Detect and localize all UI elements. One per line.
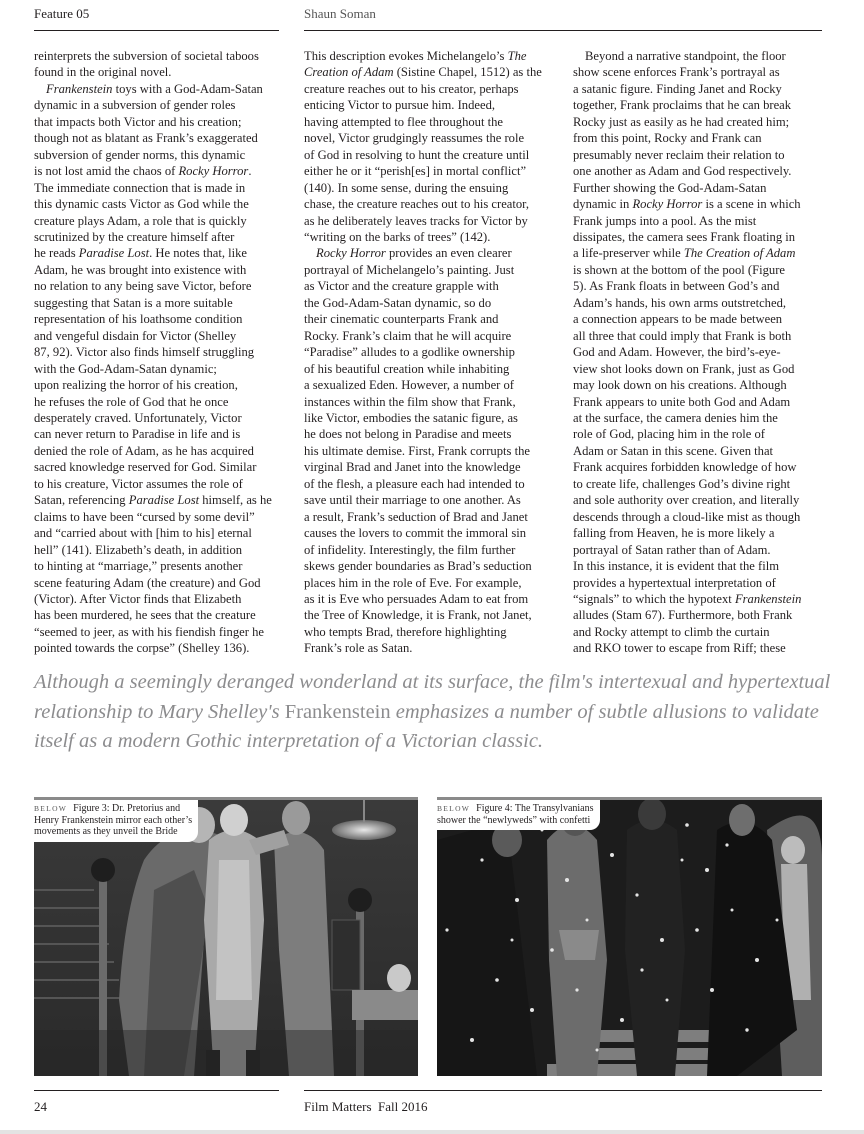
text-line: Frank jumps into a pool. As the mist — [573, 213, 828, 229]
text-line: and sole authority over creation, and li… — [573, 492, 828, 508]
text-line: the Tree of Knowledge, it is Frank, not … — [304, 607, 554, 623]
text-line: Further showing the God-Adam-Satan — [573, 180, 828, 196]
text-line: to hinting at “marriage,” presents anoth… — [34, 558, 284, 574]
section-label: Feature 05 — [34, 6, 89, 22]
text-line: together, Frank proclaims that he can br… — [573, 97, 828, 113]
text-line: view shot looks down on Frank, just as G… — [573, 361, 828, 377]
text-line: of his beautiful creation while inhabiti… — [304, 361, 554, 377]
text-line: a sexualized Eden. However, a number of — [304, 377, 554, 393]
caption-line: shower the “newlyweds” with confetti — [437, 815, 590, 826]
text-line: a satanic figure. Finding Janet and Rock… — [573, 81, 828, 97]
text-line: no relation to any being save Victor, be… — [34, 278, 284, 294]
text-line: either he or it “perish[es] in mortal co… — [304, 163, 554, 179]
text-line: as he deliberately leaves tracks for Vic… — [304, 213, 554, 229]
text-line: all three that could imply that Frank is… — [573, 328, 828, 344]
text-line: “seemed to jeer, as with his fiendish fi… — [34, 624, 284, 640]
text-line: dynamic in Rocky Horror is a scene in wh… — [573, 196, 828, 212]
footer-publication: Film Matters Fall 2016 — [304, 1099, 428, 1115]
text-line: Frank acquires forbidden knowledge of ho… — [573, 459, 828, 475]
text-line: God and Adam. However, the bird’s-eye- — [573, 344, 828, 360]
figure-3-photo: BELOWFigure 3: Dr. Pretorius and Henry F… — [34, 797, 418, 1076]
page-number: 24 — [34, 1099, 47, 1115]
text-column-2: This description evokes Michelangelo’s T… — [304, 48, 554, 657]
text-line: scene featuring Adam (the creature) and … — [34, 575, 284, 591]
text-line: desperately craved. Unfortunately, Victo… — [34, 410, 284, 426]
text-line: a connection appears to be made between — [573, 311, 828, 327]
figure-4-photo: BELOWFigure 4: The Transylvanians shower… — [437, 797, 822, 1076]
text-line: “Paradise” alludes to a godlike ownershi… — [304, 344, 554, 360]
text-line: chase, the creature reaches out to his c… — [304, 196, 554, 212]
text-line: his ultimate demise. First, Frank corrup… — [304, 443, 554, 459]
text-line: creature plays Adam, a role that is quic… — [34, 213, 284, 229]
text-line: denied the role of Adam, as he has acqui… — [34, 443, 284, 459]
text-column-3: Beyond a narrative standpoint, the floor… — [573, 48, 828, 657]
text-line: Rocky just as easily as he had created h… — [573, 114, 828, 130]
text-line: claims to have been “cursed by some devi… — [34, 509, 284, 525]
text-line: Frank appears to unite both God and Adam — [573, 394, 828, 410]
pull-quote: Although a seemingly deranged wonderland… — [34, 668, 834, 757]
text-line: skews gender boundaries as Brad’s seduct… — [304, 558, 554, 574]
issue-date: Fall 2016 — [378, 1099, 427, 1114]
text-line: to create life, challenges God’s divine … — [573, 476, 828, 492]
caption-tag: BELOW — [437, 804, 470, 813]
text-line: Satan, referencing Paradise Lost himself… — [34, 492, 284, 508]
text-line: portrayal of Satan rather than of Adam. — [573, 542, 828, 558]
text-line: like Victor, embodies the satanic figure… — [304, 410, 554, 426]
text-line: portrayal of Michelangelo’s painting. Ju… — [304, 262, 554, 278]
text-line: descends through a cloud-like mist as th… — [573, 509, 828, 525]
text-line: role of God, placing him in the role of — [573, 426, 828, 442]
text-line: though not as blatant as Frank’s exagger… — [34, 130, 284, 146]
text-line: reinterprets the subversion of societal … — [34, 48, 284, 64]
caption-line: Figure 4: The Transylvanians — [476, 803, 593, 814]
text-line: that impacts both Victor and his creatio… — [34, 114, 284, 130]
text-line: Adam, he was brought into existence with — [34, 262, 284, 278]
text-line: who tempts Brad, therefore highlighting — [304, 624, 554, 640]
text-line: subversion of gender norms, this dynamic — [34, 147, 284, 163]
text-line: sacred knowledge reserved for God. Simil… — [34, 459, 284, 475]
text-line: presumably never reclaim their relation … — [573, 147, 828, 163]
text-line: “signals” to which the hypotext Frankens… — [573, 591, 828, 607]
text-line: of infidelity. Interestingly, the film f… — [304, 542, 554, 558]
text-line: creature reaches out to his creator, per… — [304, 81, 554, 97]
text-line: at the surface, the camera denies him th… — [573, 410, 828, 426]
figure-4-caption: BELOWFigure 4: The Transylvanians shower… — [437, 800, 600, 830]
text-line: as it is Eve who persuades Adam to eat f… — [304, 591, 554, 607]
text-line: 5). As Frank floats in between God’s and — [573, 278, 828, 294]
text-line: is shown at the bottom of the pool (Figu… — [573, 262, 828, 278]
text-line: “writing on the barks of trees” (142). — [304, 229, 554, 245]
text-line: their cinematic counterparts Frank and — [304, 311, 554, 327]
text-line: from this point, Rocky and Frank can — [573, 130, 828, 146]
figure-3-caption: BELOWFigure 3: Dr. Pretorius and Henry F… — [34, 800, 198, 842]
text-line: (Victor). After Victor finds that Elizab… — [34, 591, 284, 607]
text-column-1: reinterprets the subversion of societal … — [34, 48, 284, 657]
text-line: provides a hypertextual interpretation o… — [573, 575, 828, 591]
text-line: and RKO tower to escape from Riff; these — [573, 640, 828, 656]
footer-rule-left — [34, 1090, 279, 1091]
text-line: The immediate connection that is made in — [34, 180, 284, 196]
text-line: the God-Adam-Satan dynamic, so do — [304, 295, 554, 311]
text-line: (140). In some sense, during the ensuing — [304, 180, 554, 196]
text-line: places him in the role of Eve. For examp… — [304, 575, 554, 591]
text-line: causes the lovers to commit the immoral … — [304, 525, 554, 541]
text-line: having attempted to flee throughout the — [304, 114, 554, 130]
text-line: save until their marriage to one another… — [304, 492, 554, 508]
text-line: Frank’s role as Satan. — [304, 640, 554, 656]
text-line: Creation of Adam (Sistine Chapel, 1512) … — [304, 64, 554, 80]
text-line: Adam’s hands, his own arms outstretched, — [573, 295, 828, 311]
text-line: In this instance, it is evident that the… — [573, 558, 828, 574]
film-still-confetti-image — [437, 800, 822, 1076]
text-line: and “carried about with [him to his] ete… — [34, 525, 284, 541]
text-line: with the God-Adam-Satan dynamic; — [34, 361, 284, 377]
caption-tag: BELOW — [34, 804, 67, 813]
text-line: Frankenstein toys with a God-Adam-Satan — [34, 81, 284, 97]
publication-name: Film Matters — [304, 1099, 372, 1114]
text-line: instances within the film show that Fran… — [304, 394, 554, 410]
text-line: to his creature, Victor assumes the role… — [34, 476, 284, 492]
text-line: Rocky Horror provides an even clearer — [304, 245, 554, 261]
caption-line: movements as they unveil the Bride — [34, 826, 178, 837]
text-line: 87, 92). Victor also finds himself strug… — [34, 344, 284, 360]
text-line: Beyond a narrative standpoint, the floor — [573, 48, 828, 64]
text-line: of the flesh, a pleasure each had intend… — [304, 476, 554, 492]
caption-line: Figure 3: Dr. Pretorius and — [73, 803, 180, 814]
text-line: and vengeful disdain for Victor (Shelley — [34, 328, 284, 344]
text-line: of God in resolving to hunt the creature… — [304, 147, 554, 163]
text-line: is not lost amid the chaos of Rocky Horr… — [34, 163, 284, 179]
author-name: Shaun Soman — [304, 6, 376, 22]
text-line: found in the original novel. — [34, 64, 284, 80]
text-line: has been murdered, he sees that the crea… — [34, 607, 284, 623]
text-line: scrutinized by the creature himself afte… — [34, 229, 284, 245]
text-line: novel, Victor grudgingly reassumes the r… — [304, 130, 554, 146]
text-line: he does not belong in Paradise and meets — [304, 426, 554, 442]
text-line: as Victor and the creature grapple with — [304, 278, 554, 294]
pull-quote-title: Frankenstein — [285, 701, 391, 723]
text-line: pointed towards the corpse” (Shelley 136… — [34, 640, 284, 656]
text-line: suggesting that Satan is a more suitable — [34, 295, 284, 311]
text-line: and Rocky attempt to climb the curtain — [573, 624, 828, 640]
text-line: falling from Heaven, he is more likely a — [573, 525, 828, 541]
text-line: he refuses the role of God that he once — [34, 394, 284, 410]
header-rule-right — [304, 30, 822, 31]
text-line: This description evokes Michelangelo’s T… — [304, 48, 554, 64]
text-line: hell” (141). Elizabeth’s death, in addit… — [34, 542, 284, 558]
text-line: a result, Frank’s seduction of Brad and … — [304, 509, 554, 525]
text-line: this dynamic casts Victor as God while t… — [34, 196, 284, 212]
header-rule-left — [34, 30, 279, 31]
text-line: can never return to Paradise in life and… — [34, 426, 284, 442]
page-bottom-edge — [0, 1130, 864, 1134]
text-line: show scene enforces Frank’s portrayal as — [573, 64, 828, 80]
footer-rule-right — [304, 1090, 822, 1091]
text-line: Adam or Satan in this scene. Given that — [573, 443, 828, 459]
text-line: may look down on his creations. Although — [573, 377, 828, 393]
text-line: virginal Brad and Janet into the knowled… — [304, 459, 554, 475]
text-line: he reads Paradise Lost. He notes that, l… — [34, 245, 284, 261]
text-line: enticing Victor to pursue him. Indeed, — [304, 97, 554, 113]
text-line: representation of his loathsome conditio… — [34, 311, 284, 327]
caption-line: Henry Frankenstein mirror each other’s — [34, 815, 192, 826]
text-line: dynamic in a subversion of gender roles — [34, 97, 284, 113]
text-line: dissipates, the camera sees Frank floati… — [573, 229, 828, 245]
text-line: alludes (Stam 67). Furthermore, both Fra… — [573, 607, 828, 623]
text-line: one another as Adam and God respectively… — [573, 163, 828, 179]
text-line: a life-preserver while The Creation of A… — [573, 245, 828, 261]
text-line: upon realizing the horror of his creatio… — [34, 377, 284, 393]
text-line: Rocky. Frank’s claim that he will acquir… — [304, 328, 554, 344]
